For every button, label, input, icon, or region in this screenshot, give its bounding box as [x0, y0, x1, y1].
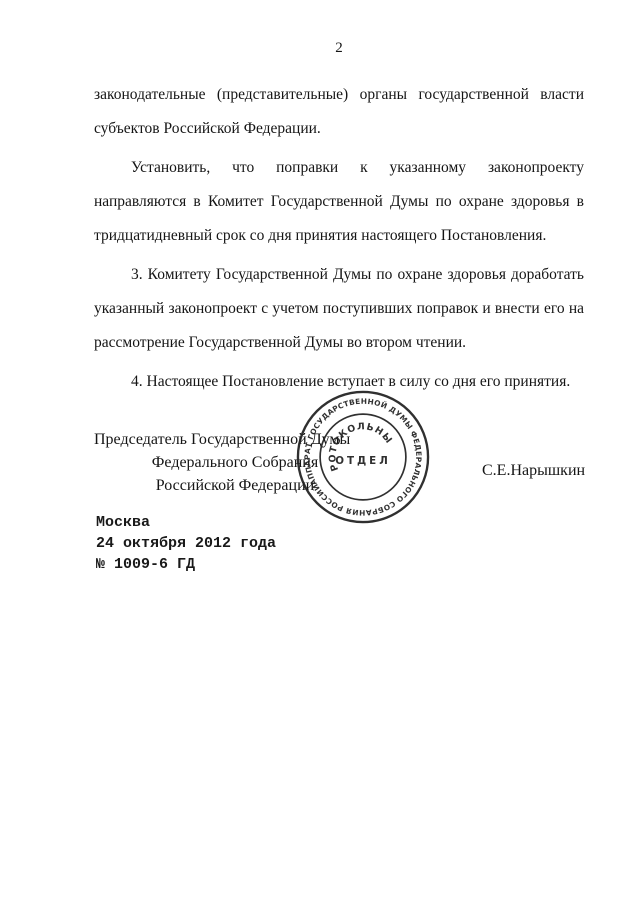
stamp-center-text: ОТДЕЛ — [335, 455, 391, 467]
paragraph: законодательные (представительные) орган… — [94, 78, 584, 146]
body-line: 3. Комитету Государственной Думы по охра… — [94, 258, 584, 292]
document-body: законодательные (представительные) орган… — [94, 78, 584, 399]
body-line: Установить, что поправки к указанному за… — [94, 151, 584, 185]
paragraph: Установить, что поправки к указанному за… — [94, 151, 584, 253]
paragraph: 3. Комитету Государственной Думы по охра… — [94, 258, 584, 360]
body-line: рассмотрение Государственной Думы во вто… — [94, 326, 584, 360]
protocol-department-stamp-icon: АППАРАТ ГОСУДАРСТВЕННОЙ ДУМЫ ФЕДЕРАЛЬНОГ… — [294, 388, 432, 526]
document-number: № 1009-6 ГД — [96, 554, 276, 575]
body-line: направляются в Комитет Государственной Д… — [94, 185, 584, 219]
document-page: 2 законодательные (представительные) орг… — [0, 0, 640, 905]
signer-name: С.Е.Нарышкин — [482, 462, 585, 480]
body-line: указанный законопроект с учетом поступив… — [94, 292, 584, 326]
body-line: тридцатидневный срок со дня принятия нас… — [94, 219, 584, 253]
issue-date: 24 октября 2012 года — [96, 533, 276, 554]
body-line: законодательные (представительные) орган… — [94, 78, 584, 112]
issuance-block: Москва 24 октября 2012 года № 1009-6 ГД — [96, 512, 276, 575]
page-number: 2 — [94, 40, 584, 57]
issue-city: Москва — [96, 512, 276, 533]
body-line: субъектов Российской Федерации. — [94, 112, 584, 146]
